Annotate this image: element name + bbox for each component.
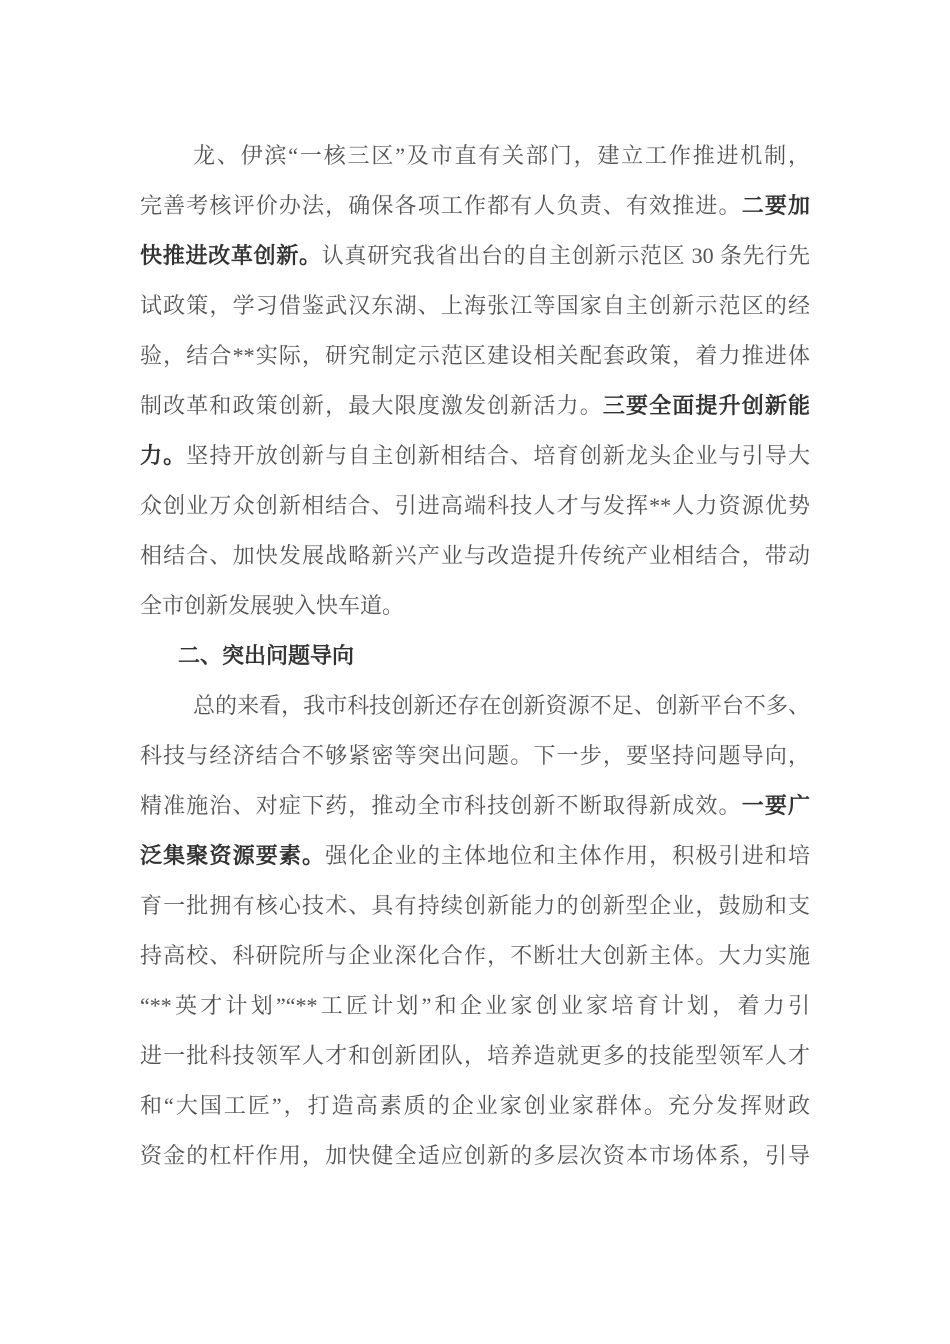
text-segment: 总的来看，我市科技创新还存在创新资源不足、创新平台不多、 bbox=[193, 693, 810, 718]
text-line: 相结合、加快发展战略新兴产业与改造提升传统产业相结合，带动 bbox=[140, 531, 810, 581]
section-heading: 二、突出问题导向 bbox=[140, 631, 810, 681]
text-segment: 持高校、科研院所与企业深化合作，不断壮大创新主体。大力实施 bbox=[140, 943, 810, 968]
text-segment: 科技与经济结合不够紧密等突出问题。下一步，要坚持问题导向， bbox=[140, 743, 810, 768]
text-segment: 验，结合**实际，研究制定示范区建设相关配套政策，着力推进体 bbox=[140, 343, 810, 368]
text-line: 力。坚持开放创新与自主创新相结合、培育创新龙头企业与引导大 bbox=[140, 431, 810, 481]
bold-text-segment: 二要加 bbox=[742, 193, 810, 218]
text-line: 制改革和政策创新，最大限度激发创新活力。三要全面提升创新能 bbox=[140, 381, 810, 431]
text-line: 全市创新发展驶入快车道。 bbox=[140, 581, 810, 631]
text-body: 龙、伊滨“一核三区”及市直有关部门，建立工作推进机制，完善考核评价办法，确保各项… bbox=[140, 131, 810, 1181]
bold-text-segment: 力。 bbox=[140, 443, 186, 468]
text-segment: 育一批拥有核心技术、具有持续创新能力的创新型企业，鼓励和支 bbox=[140, 893, 810, 918]
text-line: 快推进改革创新。认真研究我省出台的自主创新示范区 30 条先行先 bbox=[140, 231, 810, 281]
text-line: “**英才计划”“**工匠计划”和企业家创业家培育计划，着力引 bbox=[140, 981, 810, 1031]
text-segment: 全市创新发展驶入快车道。 bbox=[140, 593, 404, 618]
text-segment: 精准施治、对症下药，推动全市科技创新不断取得新成效。 bbox=[140, 793, 742, 818]
bold-text-segment: 三要全面提升创新能 bbox=[603, 393, 810, 418]
text-segment: 众创业万众创新相结合、引进高端科技人才与发挥**人力资源优势 bbox=[140, 493, 810, 518]
bold-text-segment: 二、突出问题导向 bbox=[178, 643, 354, 668]
text-segment: 进一批科技领军人才和创新团队，培养造就更多的技能型领军人才 bbox=[140, 1043, 810, 1068]
text-segment: 坚持开放创新与自主创新相结合、培育创新龙头企业与引导大 bbox=[186, 443, 810, 468]
bold-text-segment: 一要广 bbox=[742, 793, 810, 818]
text-line: 验，结合**实际，研究制定示范区建设相关配套政策，着力推进体 bbox=[140, 331, 810, 381]
text-line: 泛集聚资源要素。强化企业的主体地位和主体作用，积极引进和培 bbox=[140, 831, 810, 881]
text-line: 进一批科技领军人才和创新团队，培养造就更多的技能型领军人才 bbox=[140, 1031, 810, 1081]
text-line: 育一批拥有核心技术、具有持续创新能力的创新型企业，鼓励和支 bbox=[140, 881, 810, 931]
document-page: 龙、伊滨“一核三区”及市直有关部门，建立工作推进机制，完善考核评价办法，确保各项… bbox=[0, 0, 950, 1344]
text-segment: 完善考核评价办法，确保各项工作都有人负责、有效推进。 bbox=[140, 193, 742, 218]
text-line: 总的来看，我市科技创新还存在创新资源不足、创新平台不多、 bbox=[140, 681, 810, 731]
text-segment: 相结合、加快发展战略新兴产业与改造提升传统产业相结合，带动 bbox=[140, 543, 810, 568]
text-segment: 强化企业的主体地位和主体作用，积极引进和培 bbox=[325, 843, 810, 868]
text-segment: 和“大国工匠”，打造高素质的企业家创业家群体。充分发挥财政 bbox=[140, 1093, 810, 1118]
text-line: 龙、伊滨“一核三区”及市直有关部门，建立工作推进机制， bbox=[140, 131, 810, 181]
text-line: 试政策，学习借鉴武汉东湖、上海张江等国家自主创新示范区的经 bbox=[140, 281, 810, 331]
text-line: 精准施治、对症下药，推动全市科技创新不断取得新成效。一要广 bbox=[140, 781, 810, 831]
text-segment: 认真研究我省出台的自主创新示范区 30 条先行先 bbox=[322, 243, 810, 268]
text-segment: 龙、伊滨“一核三区”及市直有关部门，建立工作推进机制， bbox=[193, 143, 810, 168]
text-line: 完善考核评价办法，确保各项工作都有人负责、有效推进。二要加 bbox=[140, 181, 810, 231]
text-segment: “**英才计划”“**工匠计划”和企业家创业家培育计划，着力引 bbox=[140, 993, 810, 1018]
text-segment: 制改革和政策创新，最大限度激发创新活力。 bbox=[140, 393, 603, 418]
text-line: 持高校、科研院所与企业深化合作，不断壮大创新主体。大力实施 bbox=[140, 931, 810, 981]
text-line: 和“大国工匠”，打造高素质的企业家创业家群体。充分发挥财政 bbox=[140, 1081, 810, 1131]
text-segment: 资金的杠杆作用，加快健全适应创新的多层次资本市场体系，引导 bbox=[140, 1143, 810, 1168]
bold-text-segment: 快推进改革创新。 bbox=[140, 243, 322, 268]
text-line: 众创业万众创新相结合、引进高端科技人才与发挥**人力资源优势 bbox=[140, 481, 810, 531]
bold-text-segment: 泛集聚资源要素。 bbox=[140, 843, 325, 868]
text-line: 科技与经济结合不够紧密等突出问题。下一步，要坚持问题导向， bbox=[140, 731, 810, 781]
text-line: 资金的杠杆作用，加快健全适应创新的多层次资本市场体系，引导 bbox=[140, 1131, 810, 1181]
text-segment: 试政策，学习借鉴武汉东湖、上海张江等国家自主创新示范区的经 bbox=[140, 293, 810, 318]
